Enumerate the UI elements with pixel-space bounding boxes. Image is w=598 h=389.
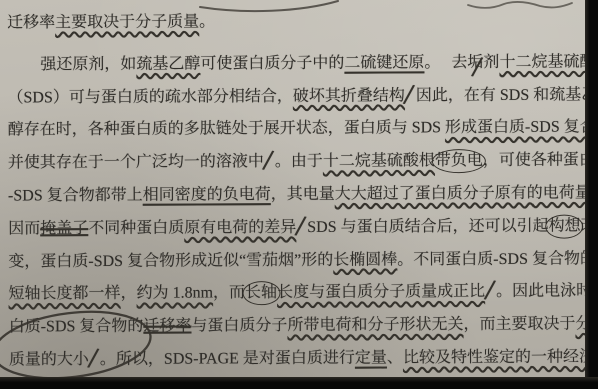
- text-line: 醇存在时，各种蛋白质的多肽链处于展开状态，蛋白质与 SDS 形成蛋白质-SDS …: [8, 112, 586, 148]
- wavy-annotated-text: 短轴长度都一样: [8, 285, 120, 303]
- text-segment: ，可使各种蛋白质: [483, 152, 598, 170]
- text-segment: SDS 与蛋白质结合后，还可以引起: [307, 217, 548, 235]
- text-line: 强还原剂，如巯基乙醇可使蛋白质分子中的二硫键还原。/去垢剂十二烷基硫酸钠: [7, 46, 585, 82]
- slash-annotation: /: [440, 61, 451, 63]
- text-line: 短轴长度都一样，约为 1.8nm，而长轴长度与蛋白质分子质量成正比/。因此电泳时…: [8, 276, 586, 312]
- wavy-annotated-text: 主要取决于分子质量: [55, 14, 199, 32]
- text-line: 白质-SDS 复合物的迁移率与蛋白质分子所带电荷和分子形状无关，而主要取决于分子: [9, 309, 587, 345]
- slash-annotation: /: [405, 94, 416, 96]
- text-segment: 因此，在有 SDS 和巯基乙: [416, 86, 597, 104]
- text-segment: ，而: [213, 285, 245, 302]
- wavy-annotated-text: 破坏其折叠结构: [293, 87, 405, 105]
- slash-annotation: /: [296, 226, 307, 228]
- text-line: 迁移率主要取决于分子质量。: [7, 4, 585, 40]
- text-line: （SDS）可与蛋白质的疏水部分相结合，破坏其折叠结构/因此，在有 SDS 和巯基…: [7, 79, 585, 115]
- text-segment: 与蛋白质分子: [191, 317, 287, 335]
- text-segment: 并使其存在于一个广泛均一的溶液中: [8, 153, 264, 171]
- wavy-annotated-text: 形成蛋白质-SDS 复合物: [445, 119, 598, 137]
- text-segment: 可使蛋白质分子中的: [200, 55, 344, 73]
- wavy-annotated-text: 比较及特性鉴定的一种经济、: [403, 348, 598, 366]
- wavy-annotated-text: 大大超过了蛋白质分子原有的电荷量: [335, 184, 591, 202]
- text-segment: ，其电量: [271, 186, 335, 203]
- circled-text: 长轴: [242, 281, 280, 305]
- document-text: 迁移率主要取决于分子质量。强还原剂，如巯基乙醇可使蛋白质分子中的二硫键还原。/去…: [7, 4, 587, 377]
- underline-annotated-text: 相同密度的负电荷: [143, 186, 271, 204]
- text-segment: 醇存在时，各种蛋白质的多肽链处于展开状态，蛋白质与 SDS: [8, 120, 445, 139]
- text-segment: ，而主要取决于: [463, 316, 575, 334]
- text-line: 质量的大小/。所以，SDS-PAGE 是对蛋白质进行定量、比较及特性鉴定的一种经…: [9, 341, 587, 377]
- text-segment: 强还原剂，如: [40, 56, 136, 74]
- text-segment: 。所以，SDS-PAGE 是对蛋白质进行: [100, 350, 355, 368]
- text-segment: 。: [424, 54, 440, 71]
- wavy-annotated-text: 巯基乙醇: [136, 55, 200, 72]
- wavy-annotated-text: 所带电荷和分子形状无关: [287, 316, 463, 334]
- text-segment: 。由于: [275, 153, 323, 170]
- text-segment: 迁移率: [7, 14, 55, 31]
- text-segment: 、: [387, 349, 403, 366]
- text-line: -SDS 复合物都带上相同密度的负电荷，其电量大大超过了蛋白质分子原有的电荷量，: [8, 177, 586, 213]
- strike-annotated-text: 掩盖了: [40, 220, 88, 237]
- wavy-annotated-text: 十二烷基硫酸根: [323, 152, 435, 170]
- slash-annotation: /: [89, 358, 100, 360]
- wavy-annotated-text: 长度与蛋白质分子质量成正比: [277, 283, 485, 301]
- text-segment: 因而: [8, 220, 40, 237]
- circled-text: 构想: [546, 214, 584, 238]
- text-line: 因而掩盖了不同种蛋白质原有电荷的差异/SDS 与蛋白质结合后，还可以引起构想改: [8, 210, 586, 246]
- text-segment: 质量的大小: [9, 351, 89, 368]
- text-line: 并使其存在于一个广泛均一的溶液中/。由于十二烷基硫酸根带负电，可使各种蛋白质: [8, 145, 586, 181]
- underline-annotated-text: 二硫键还原: [344, 54, 424, 71]
- text-segment: 变，蛋白质-SDS 复合物形成近似“雪茄烟”形的: [8, 251, 333, 270]
- photo-border-right: [585, 0, 598, 389]
- wavy-annotated-text: 原有电荷的差异: [184, 219, 296, 237]
- slash-annotation: /: [264, 160, 275, 162]
- strike-annotated-text: 迁移率: [143, 318, 191, 335]
- text-segment: ，: [121, 285, 137, 302]
- slash-annotation: /: [485, 290, 496, 292]
- wavy-annotated-text: 长椭圆棒: [333, 251, 397, 268]
- photo-border-bottom: [0, 377, 598, 389]
- text-segment: （SDS）可与蛋白质的疏水部分相结合，: [7, 88, 292, 106]
- text-segment: -SDS 复合物都带上: [8, 187, 143, 205]
- wavy-annotated-text: 十二烷基硫酸钠: [499, 53, 598, 71]
- circled-text: 带负电: [432, 149, 486, 173]
- text-segment: 。: [199, 13, 215, 30]
- text-segment: 白质-SDS 复合物的: [9, 318, 144, 336]
- text-line: 变，蛋白质-SDS 复合物形成近似“雪茄烟”形的长椭圆棒。不同蛋白质-SDS 复…: [8, 243, 586, 279]
- textbook-photo: 迁移率主要取决于分子质量。强还原剂，如巯基乙醇可使蛋白质分子中的二硫键还原。/去…: [0, 0, 598, 389]
- text-segment: 。因此电泳时，蛋: [496, 283, 598, 301]
- text-segment: 。不同蛋白质-SDS 复合物的: [397, 250, 596, 268]
- underline-annotated-text: 定量: [355, 350, 387, 367]
- text-segment: 不同种蛋白质: [88, 219, 184, 237]
- wavy-annotated-text: 约为 1.8nm: [137, 285, 214, 302]
